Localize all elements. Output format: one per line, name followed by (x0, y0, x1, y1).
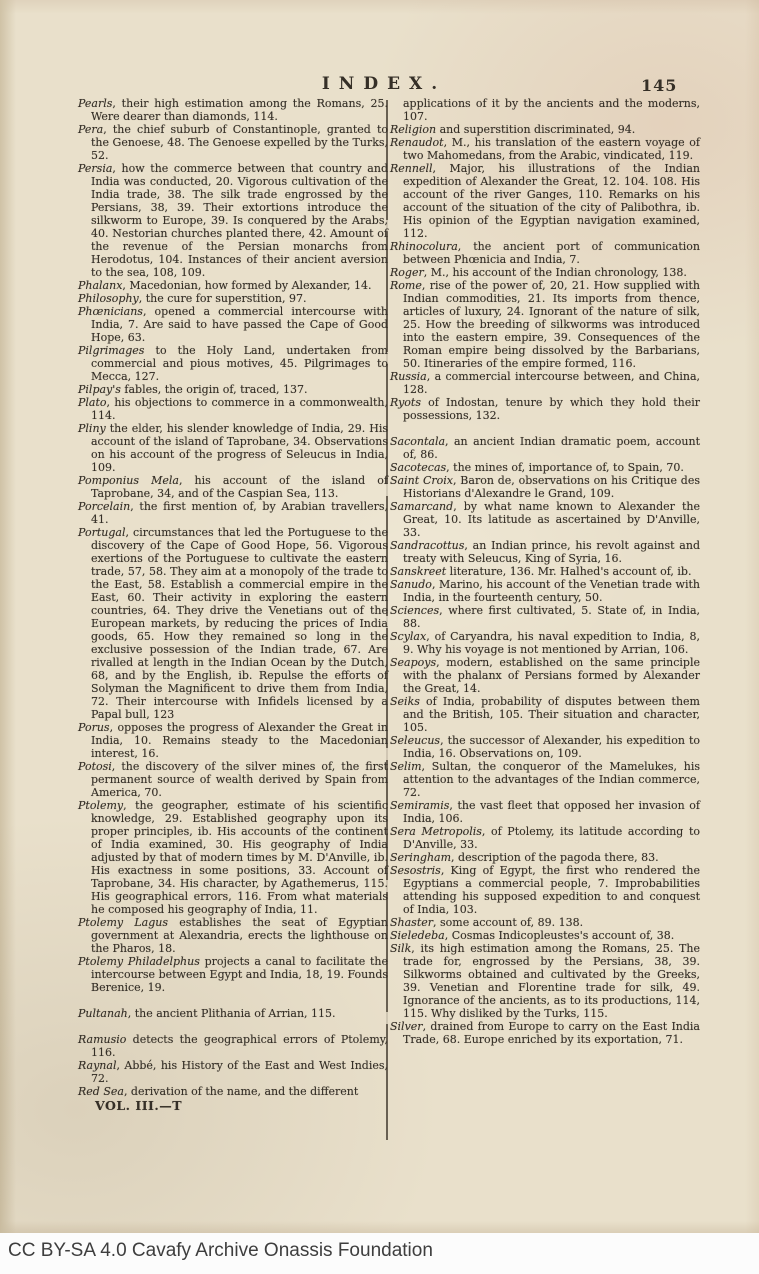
entry-headword: Semiramis (390, 799, 449, 812)
index-entry: Pliny the elder, his slender knowledge o… (78, 422, 388, 474)
entry-headword: Pultanah (78, 1007, 128, 1020)
index-entry: Red Sea, derivation of the name, and the… (78, 1085, 388, 1098)
index-entry: Pilpay's fables, the origin of, traced, … (78, 383, 388, 396)
index-entry: applications of it by the ancients and t… (390, 97, 700, 123)
entry-headword: Ptolemy (78, 799, 123, 812)
entry-headword: Scylax (390, 630, 426, 643)
entry-headword: Portugal (78, 526, 125, 539)
entry-headword: Ptolemy Lagus (78, 916, 168, 929)
entry-headword: Sera Metropolis (390, 825, 482, 838)
entry-headword: Silver (390, 1020, 423, 1033)
index-entry: Saint Croix, Baron de, observations on h… (390, 474, 700, 500)
index-entry: Plato, his objections to commerce in a c… (78, 396, 388, 422)
index-entry: Phœnicians, opened a commercial intercou… (78, 305, 388, 344)
index-entry: Renaudot, M., his translation of the eas… (390, 136, 700, 162)
index-entry: Phalanx, Macedonian, how formed by Alexa… (78, 279, 388, 292)
index-entry: Sacontala, an ancient Indian dramatic po… (390, 435, 700, 461)
entry-headword: Silk (390, 942, 411, 955)
index-entry: Sacotecas, the mines of, importance of, … (390, 461, 700, 474)
entry-headword: Samarcand (390, 500, 453, 513)
entry-headword: Porus (78, 721, 110, 734)
index-entry: Roger, M., his account of the Indian chr… (390, 266, 700, 279)
index-entry: Seiks of India, probability of disputes … (390, 695, 700, 734)
entry-headword: Pilpay's (78, 383, 121, 396)
entry-headword: Rhinocolura (390, 240, 458, 253)
index-entry: Seringham, description of the pagoda the… (390, 851, 700, 864)
index-entry: Persia, how the commerce between that co… (78, 162, 388, 279)
index-entry: Rennell, Major, his illustrations of the… (390, 162, 700, 240)
volume-signature: VOL. III.—T (78, 1099, 388, 1112)
index-entry: Pomponius Mela, his account of the islan… (78, 474, 388, 500)
entry-headword: Seringham (390, 851, 451, 864)
entry-headword: Sandracottus (390, 539, 464, 552)
index-entry: Sesostris, King of Egypt, the first who … (390, 864, 700, 916)
entry-headword: Rome (390, 279, 422, 292)
entry-headword: Phœnicians (78, 305, 143, 318)
index-entry: Pearls, their high estimation among the … (78, 97, 388, 123)
entry-headword: Pilgrimages (78, 344, 144, 357)
index-entry: Potosi, the discovery of the silver mine… (78, 760, 388, 799)
index-entry: Pera, the chief suburb of Constantinople… (78, 123, 388, 162)
index-entry: Porus, opposes the progress of Alexander… (78, 721, 388, 760)
entry-headword: Phalanx (78, 279, 122, 292)
index-entry: Sanudo, Marino, his account of the Venet… (390, 578, 700, 604)
entry-headword: Plato (78, 396, 107, 409)
entry-headword: Sesostris (390, 864, 441, 877)
index-entry: Sandracottus, an Indian prince, his revo… (390, 539, 700, 565)
index-entry: Samarcand, by what name known to Alexand… (390, 500, 700, 539)
entry-headword: Religion (390, 123, 436, 136)
index-entry: Shaster, some account of, 89. 138. (390, 916, 700, 929)
entry-headword: Ryots (390, 396, 421, 409)
license-caption-text: CC BY-SA 4.0 Cavafy Archive Onassis Foun… (0, 1240, 433, 1268)
entry-headword: Renaudot (390, 136, 444, 149)
index-entry: Ptolemy, the geographer, estimate of his… (78, 799, 388, 916)
index-entry: Scylax, of Caryandra, his naval expediti… (390, 630, 700, 656)
scanned-page: INDEX. 145 Pearls, their high estimation… (0, 0, 759, 1233)
index-entry: Sanskreet literature, 136. Mr. Halhed's … (390, 565, 700, 578)
entry-headword: Raynal (78, 1059, 116, 1072)
entry-headword: Seleucus (390, 734, 440, 747)
entry-headword: Sieledeba (390, 929, 445, 942)
index-entry: Seapoys, modern, established on the same… (390, 656, 700, 695)
index-entry: Selim, Sultan, the conqueror of the Mame… (390, 760, 700, 799)
entry-headword: Saint Croix (390, 474, 453, 487)
index-column-right: applications of it by the ancients and t… (390, 97, 700, 1046)
entry-headword: Pliny (78, 422, 106, 435)
index-entry: Rhinocolura, the ancient port of communi… (390, 240, 700, 266)
entry-headword: Persia (78, 162, 112, 175)
entry-headword: Ramusio (78, 1033, 126, 1046)
entry-headword: Porcelain (78, 500, 130, 513)
index-entry: Silver, drained from Europe to carry on … (390, 1020, 700, 1046)
index-entry: Sera Metropolis, of Ptolemy, its latitud… (390, 825, 700, 851)
index-entry: Silk, its high estimation among the Roma… (390, 942, 700, 1020)
index-entry: Ramusio detects the geographical errors … (78, 1033, 388, 1059)
index-entry: Russia, a commercial intercourse between… (390, 370, 700, 396)
entry-headword: Russia (390, 370, 427, 383)
license-caption-bar: CC BY-SA 4.0 Cavafy Archive Onassis Foun… (0, 1233, 759, 1274)
entry-headword: Roger (390, 266, 424, 279)
index-column-left: Pearls, their high estimation among the … (78, 97, 388, 1112)
index-entry: Pilgrimages to the Holy Land, undertaken… (78, 344, 388, 383)
index-entry: Ryots of Indostan, tenure by which they … (390, 396, 700, 422)
index-entry: Ptolemy Lagus establishes the seat of Eg… (78, 916, 388, 955)
index-entry: Ptolemy Philadelphus projects a canal to… (78, 955, 388, 994)
entry-headword: Sacontala (390, 435, 445, 448)
entry-headword: Philosophy (78, 292, 139, 305)
index-entry: Portugal, circumstances that led the Por… (78, 526, 388, 721)
entry-headword: Sanskreet (390, 565, 446, 578)
entry-headword: Selim (390, 760, 422, 773)
entry-headword: Pera (78, 123, 103, 136)
index-entry: Semiramis, the vast fleet that opposed h… (390, 799, 700, 825)
entry-headword: Seiks (390, 695, 420, 708)
entry-headword: Rennell (390, 162, 433, 175)
entry-headword: Sciences (390, 604, 439, 617)
entry-headword: Shaster (390, 916, 433, 929)
index-entry: Raynal, Abbé, his History of the East an… (78, 1059, 388, 1085)
index-entry: Religion and superstition discriminated,… (390, 123, 700, 136)
index-entry: Sciences, where first cultivated, 5. Sta… (390, 604, 700, 630)
index-entry: Rome, rise of the power of, 20, 21. How … (390, 279, 700, 370)
index-entry: Sieledeba, Cosmas Indicopleustes's accou… (390, 929, 700, 942)
entry-headword: Sacotecas (390, 461, 446, 474)
index-entry: Seleucus, the successor of Alexander, hi… (390, 734, 700, 760)
entry-headword: Red Sea (78, 1085, 124, 1098)
page-number: 145 (641, 76, 677, 95)
entry-headword: Ptolemy Philadelphus (78, 955, 200, 968)
entry-headword: Sanudo (390, 578, 432, 591)
entry-headword: Seapoys (390, 656, 436, 669)
index-entry: Philosophy, the cure for superstition, 9… (78, 292, 388, 305)
index-entry: Pultanah, the ancient Plithania of Arria… (78, 1007, 388, 1020)
entry-headword: Potosi (78, 760, 112, 773)
index-entry: Porcelain, the first mention of, by Arab… (78, 500, 388, 526)
entry-headword: Pearls (78, 97, 112, 110)
entry-headword: Pomponius Mela (78, 474, 179, 487)
